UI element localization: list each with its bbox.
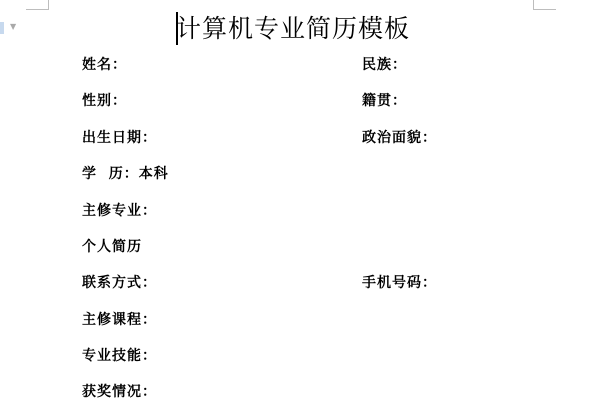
field-major[interactable]: 主修专业： (82, 202, 157, 220)
field-skills[interactable]: 专业技能： (82, 347, 157, 365)
field-contact[interactable]: 联系方式： (82, 274, 157, 292)
field-native-place[interactable]: 籍贯： (362, 92, 407, 110)
page-corner-mark-left (26, 0, 49, 10)
field-birth-date[interactable]: 出生日期： (82, 129, 157, 147)
dropdown-arrow-icon[interactable]: ▼ (10, 22, 16, 31)
field-gender[interactable]: 性别： (82, 92, 127, 110)
field-awards[interactable]: 获奖情况： (82, 383, 157, 400)
field-political-status[interactable]: 政治面貌： (362, 129, 437, 147)
document-title[interactable]: 计算机专业简历模板 (176, 12, 410, 46)
field-mobile[interactable]: 手机号码： (362, 274, 437, 292)
section-personal-resume[interactable]: 个人简历 (82, 238, 142, 256)
field-education[interactable]: 学 历：本科 (82, 165, 169, 183)
field-name[interactable]: 姓名： (82, 56, 127, 74)
field-courses[interactable]: 主修课程： (82, 311, 157, 329)
paragraph-marker-icon (0, 22, 4, 34)
field-ethnicity[interactable]: 民族： (362, 56, 407, 74)
page-corner-mark-right (533, 0, 556, 10)
